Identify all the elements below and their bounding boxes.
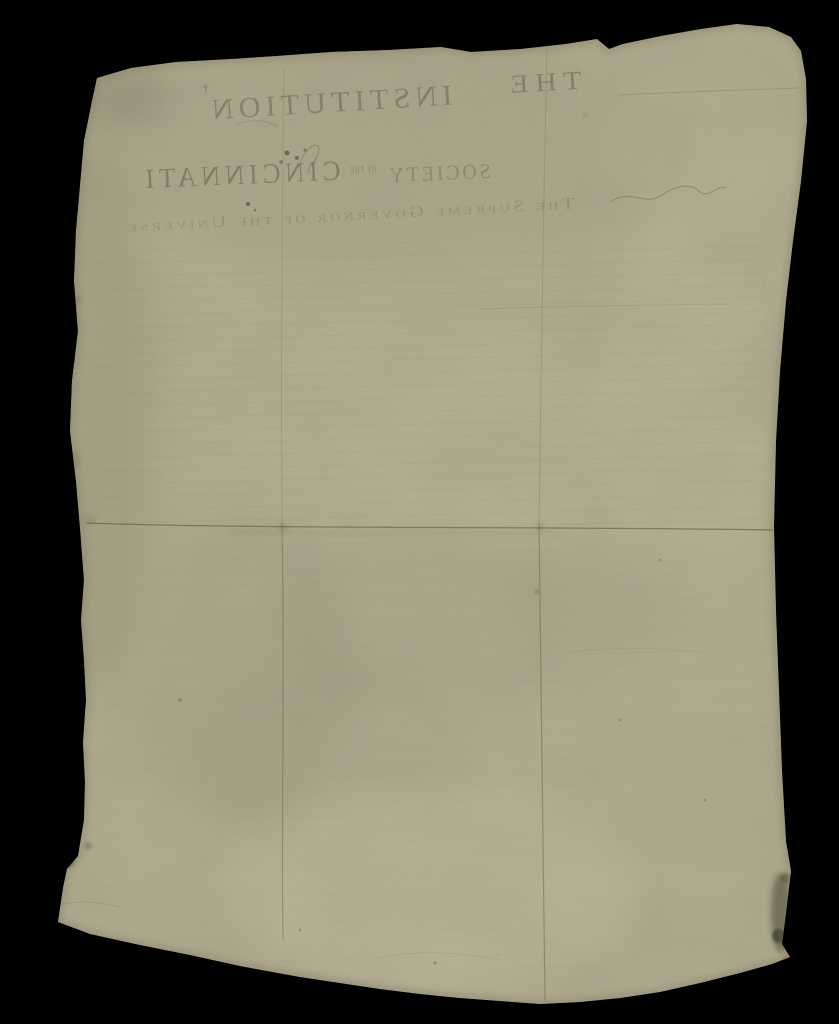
text-striations-lower [90,540,770,980]
line2-of-the: OF THE [349,163,376,174]
parchment-sheet: THE INSTITUTION † SOCIETY OF THE CINCINN… [0,0,839,1024]
title-word-the: THE [503,66,583,100]
fleck-3 [704,799,707,802]
stain-left-edge-3 [85,515,95,525]
stain-left-bottom-small [84,842,92,850]
photo-stage: THE INSTITUTION † SOCIETY OF THE CINCINN… [0,0,839,1024]
fleck-4 [619,719,622,722]
fleck-5 [178,698,182,702]
parchment-photo: THE INSTITUTION † SOCIETY OF THE CINCINN… [0,0,839,1024]
fold-horizontal-smudge [230,531,560,534]
fleck-2 [299,929,302,932]
line2-word-society: SOCIETY [386,159,491,188]
fleck-6 [659,559,662,562]
fleck-1 [433,961,437,965]
text-striations-upper [95,242,765,527]
